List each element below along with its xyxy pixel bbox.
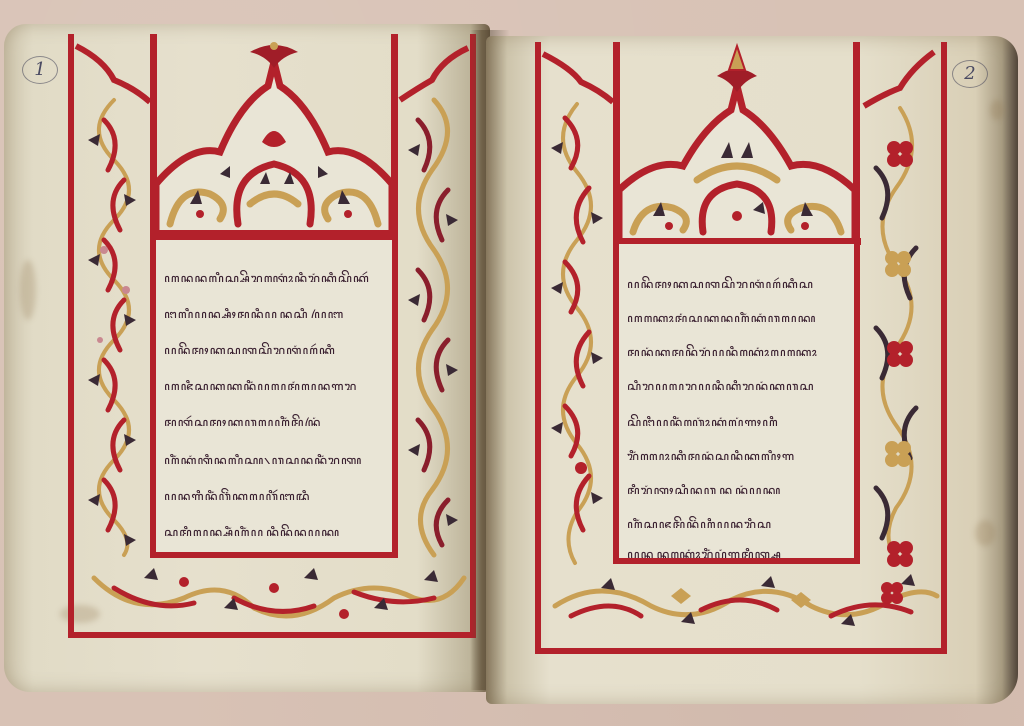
script-line: ꦥꦤꦸꦒꦶꦤꦶꦁꦮꦼꦁꦏꦭꦸꦮꦶꦂꦧꦸꦢꦶ [164,486,384,500]
page-number-right: 2 [952,60,988,88]
script-line: ꦱꦶꦫꦥꦭꦫꦥꦤ꧀ꦢꦶꦏꦶꦫꦤꦸꦁꦏꦸꦮꦱ [627,376,846,390]
left-arch-headpiece [150,34,398,244]
script-line: ꦱꦩꦶꦭꦤ꧀ꦱꦶꦁꦲꦶꦁꦥꦸꦤ꧀ꦏꦶꦤꦼꦤꦥꦸꦤ꧀ [164,522,384,536]
right-page-vine-border-left [541,48,615,568]
right-arch-headpiece [613,40,861,252]
script-line: ꦲꦶꦁꦏꦁꦠꦶꦤꦸꦭꦶꦱ꧀꧈ꦮꦱꦤ꧀ꦠꦤꦶꦁꦫꦠ꧀ [164,450,384,464]
left-page-vine-border-right [398,40,470,560]
paper-stain [990,100,1004,120]
script-line: ꦩꦤꦁꦏꦩꦤꦼꦫꦁꦥꦸꦤꦶꦏꦺꦴꦁꦭꦏꦺꦴ [627,342,846,356]
left-page-vine-border-bottom [74,558,470,630]
script-line: ꦥꦤꦼꦩ꧀ꦧꦃꦏꦸꦱꦠꦸꦱꦼꦫꦠ꧀ꦏꦁꦲꦂꦏꦶꦱ [627,274,846,288]
script-line: ꦩꦠꦸꦂꦱꦩ꧀ꦧꦃꦏꦮꦸꦭꦲꦶꦁꦩꦼꦤ꧀ꦢꦿꦸꦁ [164,412,384,426]
script-line: ꦲꦶꦁꦱꦗꦸꦩꦼꦤꦼꦁꦲꦶꦥꦤ꧀ꦠꦸꦫꦶꦱ꧀ꦏꦸ [627,514,846,528]
paper-stain [20,260,36,320]
left-text-block: ꦲꦤꦤ꧀ꦠꦸꦭꦶꦱ꧀ꦱꦼꦫꦠ꧀ꦏꦺꦴꦁꦤꦶꦫꦁꦏꦶꦱꦼꦏꦂ ꦔꦭꦶꦥꦤ꧀ꦱꦶꦃꦩ… [150,234,398,558]
script-line: ꦱꦼꦔꦶꦥꦸꦤ꧀ꦤꦶꦁꦮꦺꦴꦁꦏꦁꦭꦸꦁꦒꦃꦲꦶ [627,412,846,426]
script-line: ꦥꦤꦼꦩ꧀ꦧꦃꦏꦸꦱꦠꦸꦱꦼꦫꦠ꧀ꦏꦁꦲꦂꦏꦶ [164,340,384,354]
script-line: ꦲꦗꦶꦱꦏꦏꦸꦤꦶꦁꦥꦭꦩ꧀ꦧꦁꦭꦤ꧀ꦤꦒꦫ [164,376,384,390]
right-page-vine-border-bottom [541,566,941,642]
script-line: ꦩꦶꦫꦸꦁꦠꦸꦃꦱꦶꦤꦸꦮꦸꦤ꧀ꦏꦤ꧀ꦏꦁꦥꦸꦤ꧀ [627,480,846,494]
paper-stain [975,520,995,546]
script-line: ꦔꦭꦶꦥꦤ꧀ꦱꦶꦃꦩꦤꦶꦥꦸꦤ꧀ꦒꦸꦱ꧀ꦠꦶꦥꦿꦧꦸ [164,304,384,318]
script-line: ꦲꦏꦺꦴꦩꦸꦁꦱꦸꦏꦤꦸꦲꦶꦁꦏꦁꦮꦸꦭꦤ꧀ [627,308,846,322]
right-text-block: ꦥꦤꦼꦩ꧀ꦧꦃꦏꦸꦱꦠꦸꦱꦼꦫꦠ꧀ꦏꦁꦲꦂꦏꦶꦱ ꦲꦏꦺꦴꦩꦸꦁꦱꦸꦏꦤꦸꦲꦶꦁ… [613,238,860,564]
left-page-vine-border-left [74,40,152,560]
page-number-left: 1 [22,56,58,84]
right-page-vine-border-right [860,48,938,568]
script-line: ꦥꦤꦸꦤ꧀ꦢꦸꦏꦺꦴꦁꦫꦶꦁꦥꦁꦒꦸꦩꦶꦠ꧀ꦱ [627,544,846,558]
script-line: ꦲꦤꦤ꧀ꦠꦸꦭꦶꦱ꧀ꦱꦼꦫꦠ꧀ꦏꦺꦴꦁꦤꦶꦫꦁꦏꦶꦱꦼꦏꦂ [164,268,384,282]
script-line: ꦫꦶꦁꦭꦺꦴꦏꦶꦩꦤꦸꦁꦱꦸꦤꦶꦏꦸꦭꦶꦃꦒꦸ [627,446,846,460]
